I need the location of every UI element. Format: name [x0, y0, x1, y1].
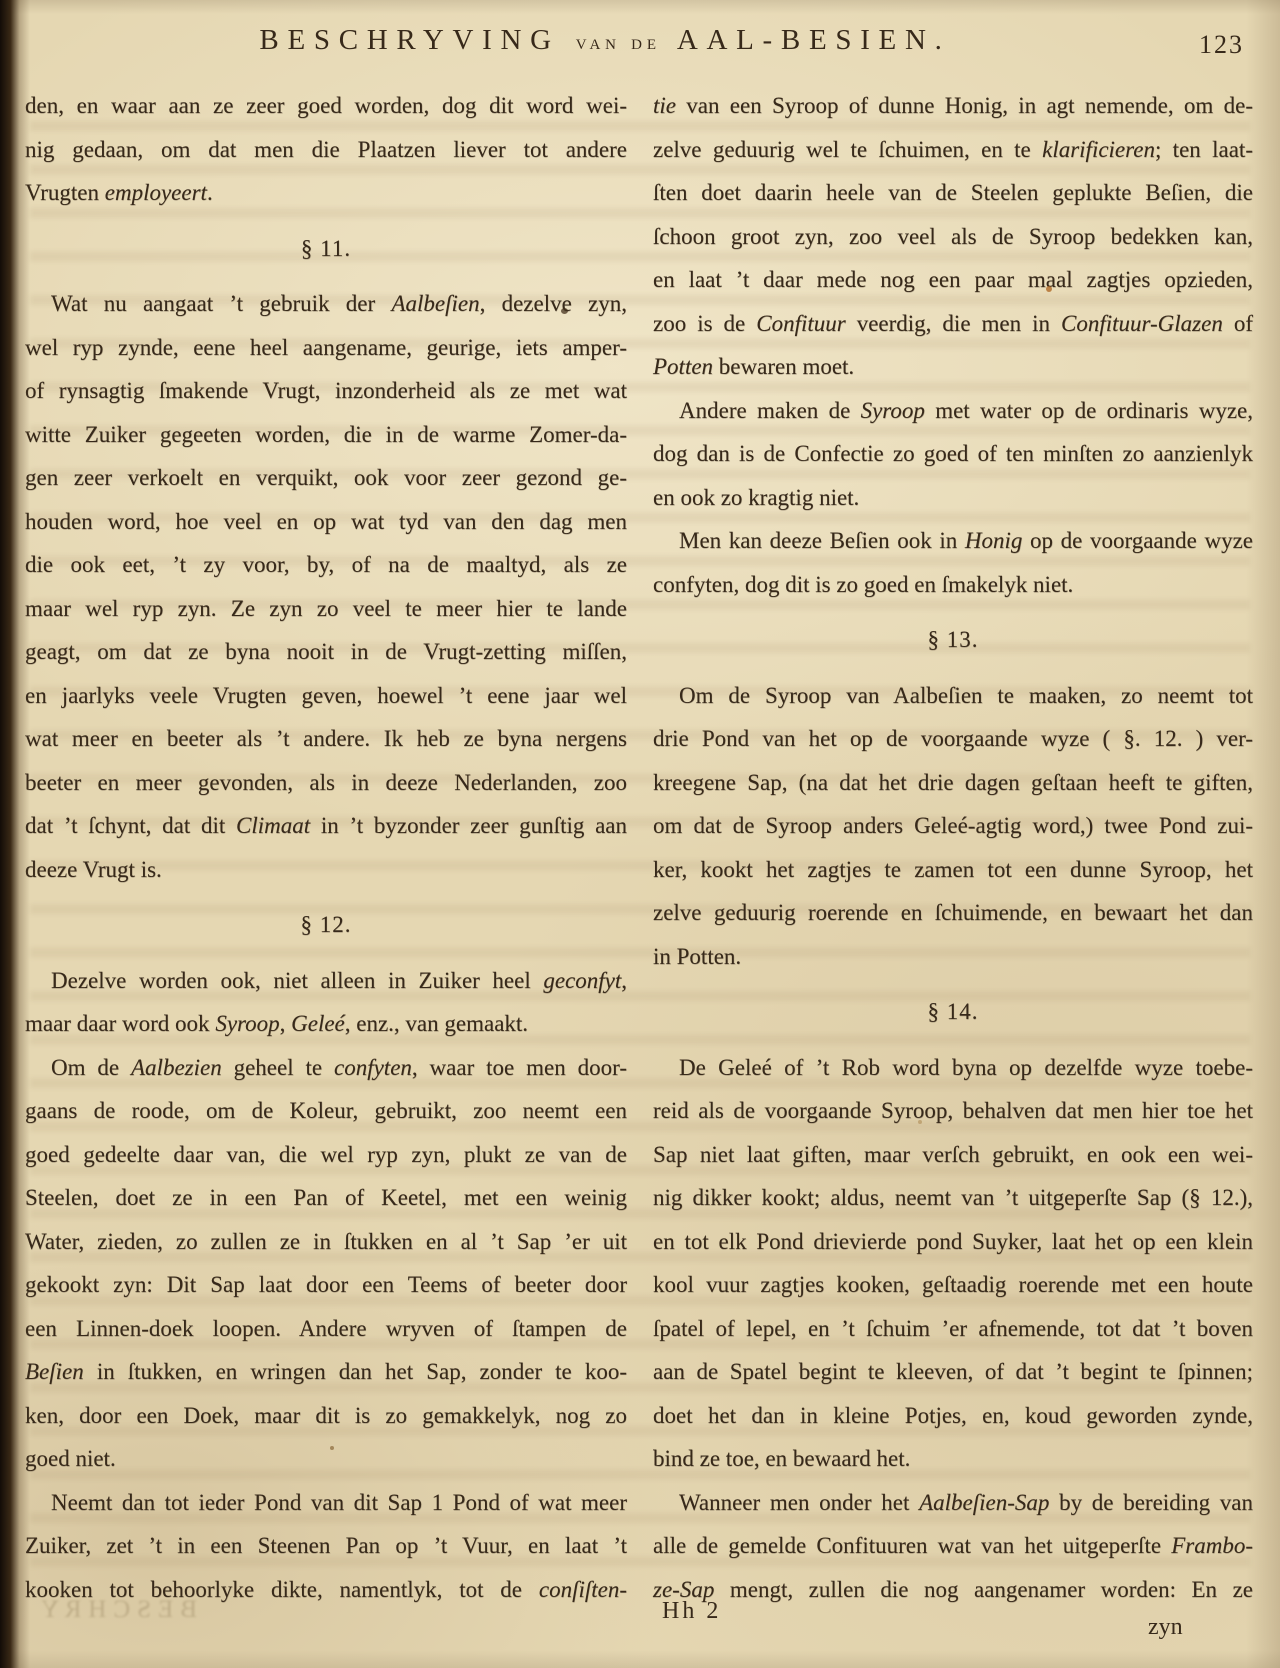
text-line: ſten doet daarin heele van de Steelen ge…	[653, 171, 1253, 215]
text-line: en ook zo kragtig niet.	[653, 476, 1253, 520]
text-line: Sap niet laat giften, maar verſch gebrui…	[653, 1133, 1253, 1177]
text-line: zelve geduurig roerende en ſchuimende, e…	[653, 891, 1253, 935]
text-line: en tot elk Pond drievierde pond Suyker, …	[653, 1220, 1253, 1264]
header-title-part-1: BESCHRYVING	[259, 24, 559, 56]
paragraph: Andere maken de Syroop met water op de o…	[653, 389, 1253, 520]
paragraph: Wanneer men onder het Aalbeſien-Sap by d…	[653, 1481, 1253, 1612]
section-heading: § 14.	[653, 990, 1253, 1034]
text-line: zelve geduurig wel te ſchuimen, en te kl…	[653, 128, 1253, 172]
text-line: die ook eet, ’t zy voor, by, of na de ma…	[25, 543, 627, 587]
text-line: bind ze toe, en bewaard het.	[653, 1437, 1253, 1481]
text-line: ſpatel of lepel, en ’t ſchuim ’er afneme…	[653, 1307, 1253, 1351]
text-line: kreegene Sap, (na dat het drie dagen geſ…	[653, 761, 1253, 805]
header-title-connector: van de	[576, 29, 661, 54]
paragraph: Dezelve worden ook, niet alleen in Zuike…	[25, 959, 627, 1046]
text-column-left: den, en waar aan ze zeer goed worden, do…	[25, 84, 627, 1611]
paragraph: Men kan deeze Beſien ook in Honig op de …	[653, 519, 1253, 606]
text-line: Beſien in ſtukken, en wringen dan het Sa…	[25, 1350, 627, 1394]
text-line: Potten bewaren moet.	[653, 345, 1253, 389]
text-line: om dat de Syroop anders Geleé-agtig word…	[653, 804, 1253, 848]
bleedthrough-text: BESCHRY	[34, 1596, 197, 1624]
signature-mark: Hh 2	[662, 1598, 721, 1625]
text-line: Steelen, doet ze in een Pan of Keetel, m…	[25, 1176, 627, 1220]
page-number: 123	[1199, 30, 1244, 60]
text-line: in Potten.	[653, 935, 1253, 979]
text-line: doet het dan in kleine Potjes, en, koud …	[653, 1394, 1253, 1438]
paragraph: Wat nu aangaat ’t gebruik der Aalbeſien,…	[25, 282, 627, 891]
text-line: beeter en meer gevonden, als in deeze Ne…	[25, 761, 627, 805]
paragraph: den, en waar aan ze zeer goed worden, do…	[25, 84, 627, 215]
text-line: aan de Spatel begint te kleeven, of dat …	[653, 1350, 1253, 1394]
text-line: Wat nu aangaat ’t gebruik der Aalbeſien,…	[25, 282, 627, 326]
text-line: een Linnen-doek loopen. Andere wryven of…	[25, 1307, 627, 1351]
text-line: drie Pond van het op de voorgaande wyze …	[653, 717, 1253, 761]
text-line: ſchoon groot zyn, zoo veel als de Syroop…	[653, 215, 1253, 259]
text-line: witte Zuiker gegeeten worden, die in de …	[25, 413, 627, 457]
text-line: Om de Aalbezien geheel te confyten, waar…	[25, 1046, 627, 1090]
section-heading: § 11.	[25, 227, 627, 271]
section-heading: § 13.	[653, 618, 1253, 662]
text-line: Om de Syroop van Aalbeſien te maaken, zo…	[653, 674, 1253, 718]
text-line: Zuiker, zet ’t in een Steenen Pan op ’t …	[25, 1524, 627, 1568]
text-line: houden word, hoe veel en op wat tyd van …	[25, 500, 627, 544]
text-line: ze-Sap mengt, zullen die nog aangenamer …	[653, 1568, 1253, 1612]
text-line: confyten, dog dit is zo goed en ſmakelyk…	[653, 563, 1253, 607]
text-line: goed niet.	[25, 1437, 627, 1481]
text-line: Vrugten employeert.	[25, 171, 627, 215]
text-line: gen zeer verkoelt en verquikt, ook voor …	[25, 456, 627, 500]
book-page-scan: BESCHRYVINGvan deAAL-BESIEN. 123 den, en…	[0, 0, 1280, 1668]
text-line: maar wel ryp zyn. Ze zyn zo veel te meer…	[25, 587, 627, 631]
text-line: Andere maken de Syroop met water op de o…	[653, 389, 1253, 433]
text-line: zoo is de Confituur veerdig, die men in …	[653, 302, 1253, 346]
text-line: tie van een Syroop of dunne Honig, in ag…	[653, 84, 1253, 128]
page-edge-shadow	[1246, 0, 1280, 1668]
text-column-right: tie van een Syroop of dunne Honig, in ag…	[653, 84, 1253, 1611]
text-line: Wanneer men onder het Aalbeſien-Sap by d…	[653, 1481, 1253, 1525]
paragraph: Om de Aalbezien geheel te confyten, waar…	[25, 1046, 627, 1481]
catchword: zyn	[1148, 1614, 1183, 1641]
header-title-part-2: AAL-BESIEN.	[677, 24, 951, 56]
text-line: Water, zieden, zo zullen ze in ſtukken e…	[25, 1220, 627, 1264]
text-line: goed gedeelte daar van, die wel ryp zyn,…	[25, 1133, 627, 1177]
text-line: ker, kookt het zagtjes te zamen tot een …	[653, 848, 1253, 892]
text-line: den, en waar aan ze zeer goed worden, do…	[25, 84, 627, 128]
text-line: deeze Vrugt is.	[25, 848, 627, 892]
text-line: dog dan is de Confectie zo goed of ten m…	[653, 432, 1253, 476]
text-line: reid als de voorgaande Syroop, behalven …	[653, 1089, 1253, 1133]
text-line: gaans de roode, om de Koleur, gebruikt, …	[25, 1089, 627, 1133]
text-line: gekookt zyn: Dit Sap laat door een Teems…	[25, 1263, 627, 1307]
text-line: kool vuur zagtjes kooken, geſtaadig roer…	[653, 1263, 1253, 1307]
text-line: en laat ’t daar mede nog een paar maal z…	[653, 258, 1253, 302]
text-line: wat meer en beeter als ’t andere. Ik heb…	[25, 717, 627, 761]
text-line: wel ryp zynde, eene heel aangename, geur…	[25, 326, 627, 370]
running-header: BESCHRYVINGvan deAAL-BESIEN.	[25, 24, 1255, 57]
text-line: nig dikker kookt; aldus, neemt van ’t ui…	[653, 1176, 1253, 1220]
paragraph: Neemt dan tot ieder Pond van dit Sap 1 P…	[25, 1481, 627, 1612]
paragraph: Om de Syroop van Aalbeſien te maaken, zo…	[653, 674, 1253, 979]
paragraph: tie van een Syroop of dunne Honig, in ag…	[653, 84, 1253, 389]
text-line: alle de gemelde Confituuren wat van het …	[653, 1524, 1253, 1568]
text-line: De Geleé of ’t Rob word byna op dezelfde…	[653, 1046, 1253, 1090]
binding-gutter-shadow	[0, 0, 30, 1668]
text-line: maar daar word ook Syroop, Geleé, enz., …	[25, 1002, 627, 1046]
text-line: Men kan deeze Beſien ook in Honig op de …	[653, 519, 1253, 563]
text-line: ken, door een Doek, maar dit is zo gemak…	[25, 1394, 627, 1438]
paragraph: De Geleé of ’t Rob word byna op dezelfde…	[653, 1046, 1253, 1481]
text-line: en jaarlyks veele Vrugten geven, hoewel …	[25, 674, 627, 718]
text-line: nig gedaan, om dat men die Plaatzen liev…	[25, 128, 627, 172]
text-line: Dezelve worden ook, niet alleen in Zuike…	[25, 959, 627, 1003]
section-heading: § 12.	[25, 903, 627, 947]
text-line: of rynsagtig ſmakende Vrugt, inzonderhei…	[25, 369, 627, 413]
text-line: Neemt dan tot ieder Pond van dit Sap 1 P…	[25, 1481, 627, 1525]
text-line: geagt, om dat ze byna nooit in de Vrugt-…	[25, 630, 627, 674]
text-line: dat ’t ſchynt, dat dit Climaat in ’t byz…	[25, 804, 627, 848]
